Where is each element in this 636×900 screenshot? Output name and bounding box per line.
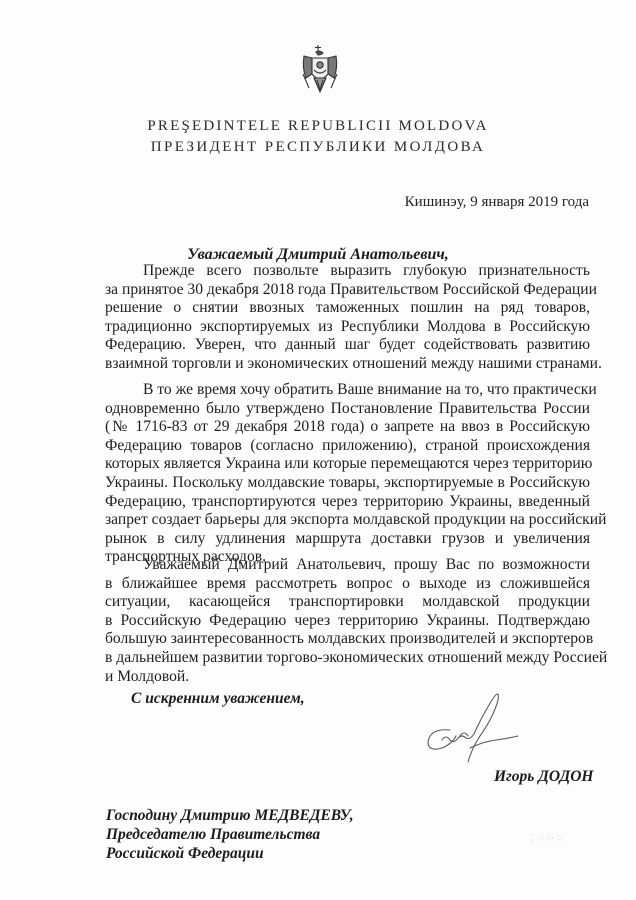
letter-page: PREŞEDINTELE REPUBLICII MOLDOVA ПРЕЗИДЕН… [0,0,636,900]
paragraph-line: в дальнейшем развитии торгово-экономичес… [105,649,590,668]
paragraph-line: за принятое 30 декабря 2018 года Правите… [105,281,590,300]
paragraph-line: и Молдовой. [105,668,590,687]
paragraph-2: В то же время хочу обратить Ваше внимани… [105,381,590,567]
paragraph-line: большую заинтересованность молдавских пр… [105,630,590,649]
paragraph-line: взаимной торговли и экономических отноше… [105,355,590,374]
paragraph-1: Прежде всего позвольте выразить глубокую… [105,262,590,374]
paragraph-line: рынок в силу удлинения маршрута доставки… [105,530,590,549]
date-line: Кишинэу, 9 января 2019 года [405,194,589,211]
letterhead-title-russian: ПРЕЗИДЕНТ РЕСПУБЛИКИ МОЛДОВА [0,139,636,156]
paragraph-line: традиционно экспортируемых из Республики… [105,318,590,337]
paragraph-line: (№ 1716-83 от 29 декабря 2018 года) о за… [105,418,590,437]
paragraph-line: ситуации, касающейся транспортировки мол… [105,593,590,612]
addressee-block: Господину Дмитрию МЕДВЕДЕВУ, Председател… [106,806,354,863]
paragraph-line: запрет создает барьеры для экспорта молд… [105,511,590,530]
closing-phrase: С искренним уважением, [131,690,305,708]
addressee-title: Председателю Правительства [106,825,354,844]
paragraph-line: в Российскую Федерацию через территорию … [105,612,590,631]
paragraph-3: Уважаемый Дмитрий Анатольевич, прошу Вас… [105,556,590,686]
paragraph-line: В то же время хочу обратить Ваше внимани… [105,381,590,400]
paragraph-line: Федерацию, транспортируются через террит… [105,493,590,512]
paragraph-line: Уважаемый Дмитрий Анатольевич, прошу Вас… [105,556,590,575]
paragraph-line: решение о снятии ввозных таможенных пошл… [105,299,590,318]
addressee-organization: Российской Федерации [106,844,354,863]
handwritten-signature-icon [420,690,530,770]
paragraph-line: Прежде всего позвольте выразить глубокую… [105,262,590,281]
paragraph-line: Федерацию товаров (согласно приложению),… [105,437,590,456]
paragraph-line: Федерацию. Уверен, что данный шаг будет … [105,336,590,355]
addressee-name: Господину Дмитрию МЕДВЕДЕВУ, [106,806,354,825]
paragraph-line: Украины. Поскольку молдавские товары, эк… [105,474,590,493]
moldova-coat-of-arms-icon [300,44,340,96]
signer-name: Игорь ДОДОН [494,768,593,786]
letterhead-title-romanian: PREŞEDINTELE REPUBLICII MOLDOVA [0,118,636,135]
faint-stamp-mark: ⁚ ⁖⁘⁙ [530,832,566,845]
paragraph-line: которых является Украина или которые пер… [105,455,590,474]
paragraph-line: в ближайшее время рассмотреть вопрос о в… [105,575,590,594]
paragraph-line: одновременно было утверждено Постановлен… [105,400,590,419]
